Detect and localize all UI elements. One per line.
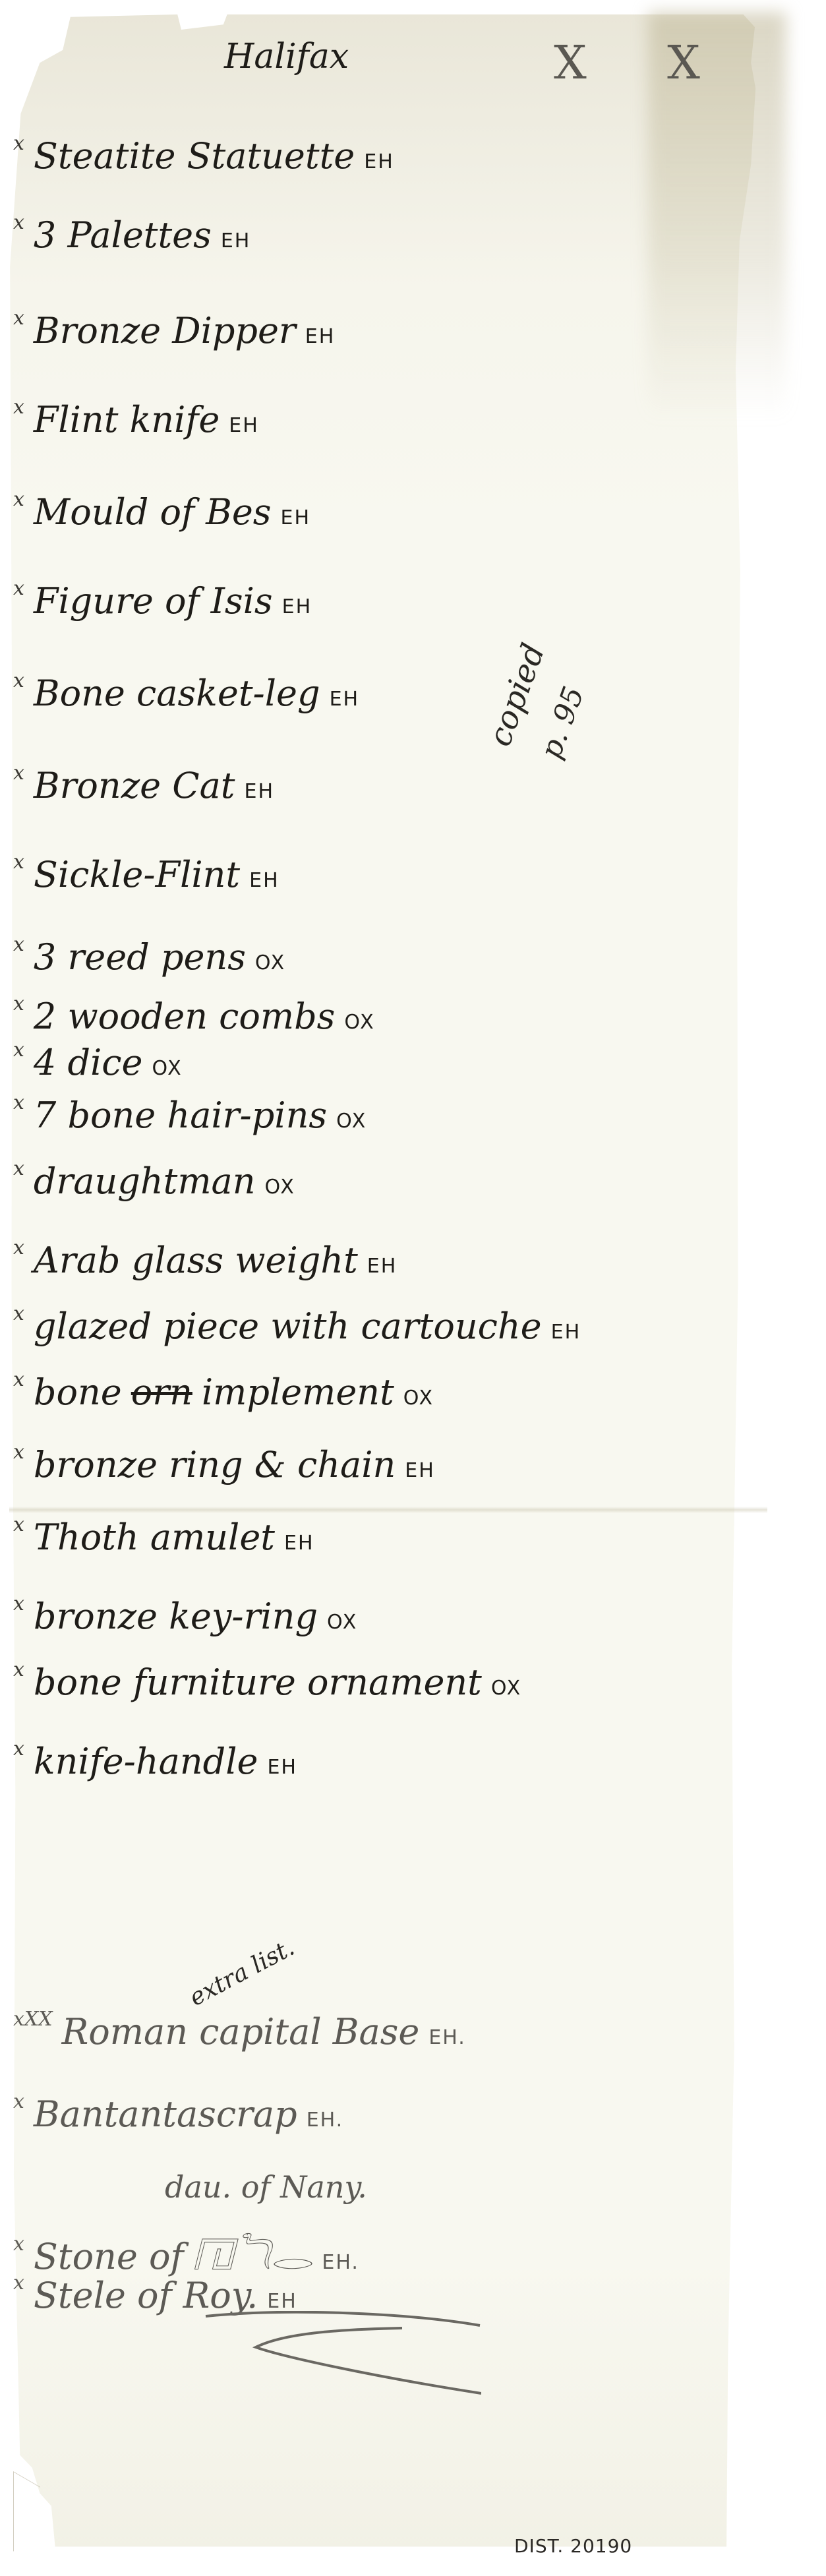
list-item: xbronze key-ringOX bbox=[13, 1596, 357, 1637]
list-item: xbone furniture ornamentOX bbox=[13, 1662, 521, 1703]
check-mark-icon: x bbox=[13, 1091, 24, 1114]
item-label: Steatite Statuette bbox=[34, 135, 355, 177]
check-mark-icon: x bbox=[13, 669, 24, 692]
item-label: Bone casket-leg bbox=[34, 673, 320, 714]
list-item: xBone casket-legEH bbox=[13, 673, 359, 714]
check-mark-icon: x bbox=[13, 1302, 24, 1325]
destination-tag: OX bbox=[403, 1387, 434, 1410]
list-item: xFlint knifeEH bbox=[13, 399, 259, 440]
check-mark-icon: x bbox=[13, 1592, 24, 1615]
list-item: xknife-handleEH bbox=[13, 1741, 297, 1782]
list-item: xFigure of IsisEH bbox=[13, 580, 312, 622]
item-label: glazed piece with cartouche bbox=[34, 1305, 542, 1347]
item-label: Arab glass weight bbox=[34, 1240, 358, 1281]
list-item: x2 wooden combsOX bbox=[13, 996, 375, 1037]
fold-line bbox=[9, 1507, 767, 1513]
list-item: xglazed piece with cartoucheEH bbox=[13, 1305, 581, 1347]
item-label-continued: implement bbox=[202, 1371, 394, 1413]
check-mark-icon: x bbox=[13, 1441, 24, 1464]
destination-tag: EH bbox=[245, 780, 275, 803]
check-mark-icon: x bbox=[13, 307, 24, 330]
list-item: xStone of𓉔𓆓𓂋EH. bbox=[13, 2222, 359, 2281]
check-mark-icon: x bbox=[13, 1038, 24, 1062]
destination-tag: EH. bbox=[322, 2251, 359, 2274]
item-label: bronze key-ring bbox=[34, 1596, 318, 1637]
document-title: Halifax bbox=[224, 40, 349, 74]
check-mark-icon: x bbox=[13, 2090, 24, 2113]
item-label: 3 Palettes bbox=[34, 214, 212, 256]
item-label: Bantantascrap bbox=[34, 2093, 297, 2135]
destination-tag: EH. bbox=[307, 2109, 344, 2132]
destination-tag: EH bbox=[267, 2290, 297, 2313]
item-label: Stele of Roy. bbox=[34, 2275, 258, 2316]
list-item: xSteatite StatuetteEH bbox=[13, 135, 394, 177]
list-item: x7 bone hair-pinsOX bbox=[13, 1094, 367, 1136]
struck-word: orn bbox=[131, 1371, 192, 1413]
destination-tag: EH. bbox=[428, 2026, 466, 2049]
check-mark-icon: x bbox=[13, 1236, 24, 1259]
check-mark-icon: x bbox=[13, 933, 24, 956]
destination-tag: EH bbox=[405, 1459, 435, 1482]
list-item: xboneornimplementOX bbox=[13, 1371, 434, 1413]
check-mark-icon: x bbox=[13, 762, 24, 785]
check-mark-icon: x bbox=[13, 992, 24, 1015]
check-mark-icon: x bbox=[13, 396, 24, 419]
destination-tag: OX bbox=[265, 1176, 295, 1199]
sub-note: dau. of Nany. bbox=[165, 2169, 367, 2205]
destination-tag: EH bbox=[330, 688, 360, 711]
item-label: knife-handle bbox=[34, 1741, 258, 1782]
double-underline bbox=[204, 2311, 481, 2397]
item-label: Thoth amulet bbox=[34, 1516, 275, 1558]
list-item: xMould of BesEH bbox=[13, 491, 310, 533]
check-mark-icon: x bbox=[13, 1157, 24, 1180]
item-label: Stone of bbox=[34, 2236, 184, 2277]
destination-tag: EH bbox=[281, 506, 311, 529]
item-label: 2 wooden combs bbox=[34, 996, 335, 1037]
destination-tag: OX bbox=[152, 1057, 182, 1080]
check-mark-icon: x bbox=[13, 211, 24, 234]
destination-tag: EH bbox=[282, 595, 312, 618]
item-label: bone furniture ornament bbox=[34, 1662, 482, 1703]
check-mark-icon: x bbox=[13, 1368, 24, 1391]
item-label: Bronze Cat bbox=[34, 765, 235, 806]
document-paper bbox=[9, 12, 774, 2557]
check-mark-icon: x bbox=[13, 2271, 24, 2294]
item-label: 4 dice bbox=[34, 1042, 143, 1083]
destination-tag: EH bbox=[229, 414, 259, 437]
item-label: bronze ring & chain bbox=[34, 1444, 396, 1485]
item-label: Flint knife bbox=[34, 399, 220, 440]
item-label: Figure of Isis bbox=[34, 580, 273, 622]
list-item: x4 diceOX bbox=[13, 1042, 183, 1083]
check-mark-icon: x bbox=[13, 132, 24, 155]
list-item: xThoth amuletEH bbox=[13, 1516, 314, 1558]
check-mark-icon: x bbox=[13, 488, 24, 511]
destination-tag: OX bbox=[255, 951, 285, 974]
destination-tag: EH bbox=[267, 1756, 297, 1779]
item-label: 7 bone hair-pins bbox=[34, 1094, 327, 1136]
check-mark-icon: x bbox=[13, 577, 24, 600]
item-label: draughtman bbox=[34, 1160, 256, 1202]
top-cross-marks: X X bbox=[554, 40, 733, 86]
item-label: Sickle-Flint bbox=[34, 854, 240, 895]
item-label: Bronze Dipper bbox=[34, 310, 296, 351]
destination-tag: OX bbox=[327, 1611, 357, 1634]
destination-tag: EH bbox=[551, 1321, 581, 1344]
check-mark-icon: xXX bbox=[13, 2008, 53, 2031]
list-item: x3 reed pensOX bbox=[13, 936, 285, 978]
destination-tag: EH bbox=[367, 1255, 398, 1278]
item-label: bone bbox=[34, 1371, 122, 1413]
check-mark-icon: x bbox=[13, 1658, 24, 1681]
list-item: xBantantascrapEH. bbox=[13, 2093, 343, 2135]
list-item: xSickle-FlintEH bbox=[13, 854, 280, 895]
list-item: x3 PalettesEH bbox=[13, 214, 251, 256]
destination-tag: EH bbox=[305, 325, 336, 348]
destination-tag: EH bbox=[221, 229, 251, 253]
destination-tag: OX bbox=[491, 1677, 521, 1700]
check-mark-icon: x bbox=[13, 1737, 24, 1760]
list-item: xStele of Roy.EH bbox=[13, 2275, 297, 2316]
item-label: 3 reed pens bbox=[34, 936, 246, 978]
check-mark-icon: x bbox=[13, 2232, 24, 2256]
list-item: xArab glass weightEH bbox=[13, 1240, 397, 1281]
destination-tag: OX bbox=[336, 1110, 367, 1133]
hieroglyph-name: 𓉔𓆓𓂋 bbox=[193, 2222, 313, 2281]
destination-tag: EH bbox=[284, 1532, 314, 1555]
catalogue-number: DIST. 20190 bbox=[514, 2535, 632, 2557]
check-mark-icon: x bbox=[13, 1513, 24, 1536]
list-item: xdraughtmanOX bbox=[13, 1160, 295, 1202]
destination-tag: OX bbox=[344, 1011, 374, 1034]
item-label: Roman capital Base bbox=[62, 2011, 420, 2052]
check-mark-icon: x bbox=[13, 851, 24, 874]
destination-tag: EH bbox=[249, 869, 280, 892]
list-item: xXXRoman capital BaseEH. bbox=[13, 2011, 466, 2052]
list-item: xbronze ring & chainEH bbox=[13, 1444, 435, 1485]
folded-corner bbox=[13, 2471, 40, 2567]
list-item: xBronze CatEH bbox=[13, 765, 274, 806]
list-item: xBronze DipperEH bbox=[13, 310, 335, 351]
destination-tag: EH bbox=[364, 150, 394, 173]
item-label: Mould of Bes bbox=[34, 491, 272, 533]
